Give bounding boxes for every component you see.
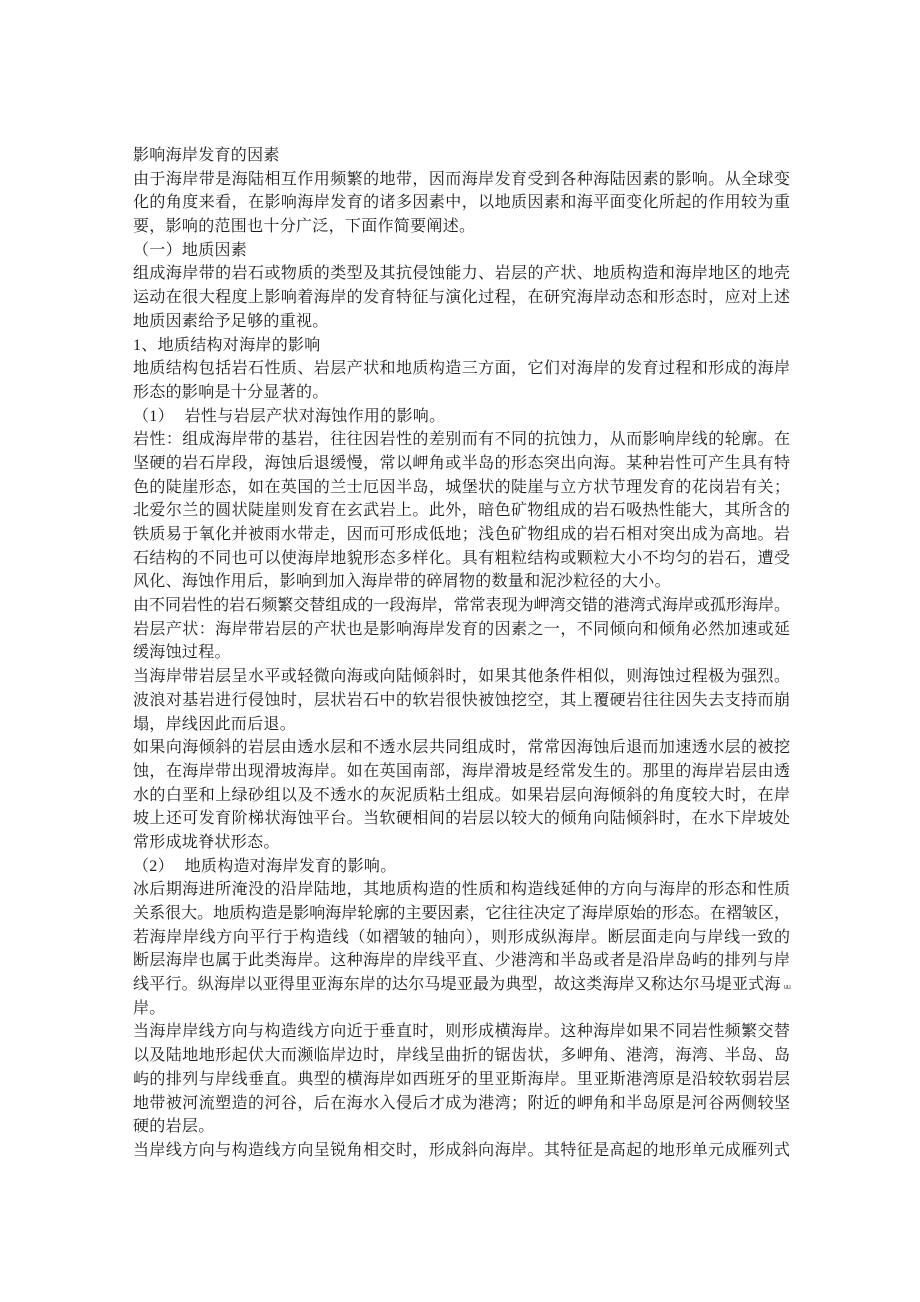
text-line-content: 水的白垩和上绿砂组以及不透水的灰泥质粘土组成。如果岩层向海倾斜的角度较大时，在岸 xyxy=(133,787,790,804)
text-line: 以及陆地地形起伏大而濒临岸边时，岸线呈曲折的锯齿状，多岬角、港湾，海湾、半岛、岛 xyxy=(133,1044,790,1068)
text-line: 岩层产状：海岸带岩层的产状也是影响海岸发育的因素之一，不同倾向和倾角必然加速或延 xyxy=(133,618,790,642)
text-line: 由于海岸带是海陆相互作用频繁的地带，因而海岸发育受到各种海陆因素的影响。从全球变 xyxy=(133,168,790,192)
text-line: （2） 地质构造对海岸发育的影响。 xyxy=(133,855,790,879)
text-line: 坡上还可发育阶梯状海蚀平台。当软硬相间的岩层以较大的倾角向陆倾斜时，在水下岸坡处 xyxy=(133,807,790,831)
text-line-content: 影响海岸发育的因素 xyxy=(133,147,280,164)
comment-anchor-mark: uu xyxy=(784,983,790,991)
text-line-content: 石结构的不同也可以使海岸地貌形态多样化。具有粗粒结构或颗粒大小不均匀的岩石，遭受 xyxy=(133,550,790,567)
text-line-content: 由不同岩性的岩石频繁交替组成的一段海岸，常常表现为岬湾交错的港湾式海岸或孤形海岸… xyxy=(133,597,790,614)
text-line-content: 坡上还可发育阶梯状海蚀平台。当软硬相间的岩层以较大的倾角向陆倾斜时，在水下岸坡处 xyxy=(133,810,790,827)
text-line-content: 地带被河流塑造的河谷，后在海水入侵后才成为港湾；附近的岬角和半岛原是河谷两侧较坚 xyxy=(133,1095,790,1112)
text-line: 坚硬的岩石岸段，海蚀后退缓慢，常以岬角或半岛的形态突出向海。某种岩性可产生具有特 xyxy=(133,452,790,476)
text-line-content: 岩性：组成海岸带的基岩，往往因岩性的差别而有不同的抗蚀力，从而影响岸线的轮廓。在 xyxy=(133,431,790,448)
text-line-content: 化的角度来看，在影响海岸发育的诸多因素中，以地质因素和海平面变化所起的作用较为重 xyxy=(133,194,790,211)
text-line: 水的白垩和上绿砂组以及不透水的灰泥质粘土组成。如果岩层向海倾斜的角度较大时，在岸 xyxy=(133,784,790,808)
text-line: 岸。 xyxy=(133,997,790,1021)
text-line-content: 北爱尔兰的圆状陡崖则发育在玄武岩上。此外，暗色矿物组成的岩石吸热性能大，其所含的 xyxy=(133,502,790,519)
text-line-content: 岩层产状：海岸带岩层的产状也是影响海岸发育的因素之一，不同倾向和倾角必然加速或延 xyxy=(133,621,790,638)
text-line: 线平行。纵海岸以亚得里亚海东岸的达尔马堤亚最为典型，故这类海岸又称达尔马堤亚式海… xyxy=(133,973,790,997)
text-line: 要，影响的范围也十分广泛，下面作简要阐述。 xyxy=(133,215,790,239)
text-line: 由不同岩性的岩石频繁交替组成的一段海岸，常常表现为岬湾交错的港湾式海岸或孤形海岸… xyxy=(133,594,790,618)
text-line-content: 硬的岩层。 xyxy=(133,1118,215,1135)
text-line-content: 地质因素给予足够的重视。 xyxy=(133,313,329,330)
text-line-content: 关系很大。地质构造是影响海岸轮廓的主要因素，它往往决定了海岸原始的形态。在褶皱区… xyxy=(133,905,790,922)
text-line-content: 当海岸岸线方向与构造线方向近于垂直时，则形成横海岸。这种海岸如果不同岩性频繁交替 xyxy=(133,1023,790,1040)
text-line: 影响海岸发育的因素 xyxy=(133,144,790,168)
text-line: 屿的排列与岸线垂直。典型的横海岸如西班牙的里亚斯海岸。里亚斯港湾原是沿较软弱岩层 xyxy=(133,1068,790,1092)
text-line-content: 当海岸带岩层呈水平或轻微向海或向陆倾斜时，如果其他条件相似，则海蚀过程极为强烈。 xyxy=(133,668,790,685)
text-line-content: 以及陆地地形起伏大而濒临岸边时，岸线呈曲折的锯齿状，多岬角、港湾，海湾、半岛、岛 xyxy=(133,1047,790,1064)
text-line-content: 若海岸岸线方向平行于构造线（如褶皱的轴向），则形成纵海岸。断层面走向与岸线一致的 xyxy=(133,929,790,946)
text-line: 蚀，在海岸带出现滑坡海岸。如在英国南部，海岸滑坡是经常发生的。那里的海岸岩层由透 xyxy=(133,760,790,784)
text-line-content: 线平行。纵海岸以亚得里亚海东岸的达尔马堤亚最为典型，故这类海岸又称达尔马堤亚式海 xyxy=(133,976,781,993)
text-line: 化的角度来看，在影响海岸发育的诸多因素中，以地质因素和海平面变化所起的作用较为重 xyxy=(133,191,790,215)
text-line-content: 坚硬的岩石岸段，海蚀后退缓慢，常以岬角或半岛的形态突出向海。某种岩性可产生具有特 xyxy=(133,455,790,472)
text-line: 波浪对基岩进行侵蚀时，层状岩石中的软岩很快被蚀挖空，其上覆硬岩往往因失去支持而崩 xyxy=(133,689,790,713)
text-line: 常形成垅脊状形态。 xyxy=(133,831,790,855)
text-line: 石结构的不同也可以使海岸地貌形态多样化。具有粗粒结构或颗粒大小不均匀的岩石，遭受 xyxy=(133,547,790,571)
text-line: 缓海蚀过程。 xyxy=(133,641,790,665)
text-line-content: 由于海岸带是海陆相互作用频繁的地带，因而海岸发育受到各种海陆因素的影响。从全球变 xyxy=(133,171,790,188)
text-line: 当海岸带岩层呈水平或轻微向海或向陆倾斜时，如果其他条件相似，则海蚀过程极为强烈。 xyxy=(133,665,790,689)
text-line: 北爱尔兰的圆状陡崖则发育在玄武岩上。此外，暗色矿物组成的岩石吸热性能大，其所含的 xyxy=(133,499,790,523)
text-line-content: 形态的影响是十分显著的。 xyxy=(133,384,329,401)
text-line-content: 断层海岸也属于此类海岸。这种海岸的岸线平直、少港湾和半岛或者是沿岸岛屿的排列与岸 xyxy=(133,952,790,969)
text-line: 若海岸岸线方向平行于构造线（如褶皱的轴向），则形成纵海岸。断层面走向与岸线一致的 xyxy=(133,926,790,950)
text-line-content: 色的陡崖形态，如在英国的兰士厄因半岛，城堡状的陡崖与立方状节理发育的花岗岩有关； xyxy=(133,479,790,496)
text-line-content: 组成海岸带的岩石或物质的类型及其抗侵蚀能力、岩层的产状、地质构造和海岸地区的地壳 xyxy=(133,265,790,282)
text-line-content: 运动在很大程度上影响着海岸的发育特征与演化过程，在研究海岸动态和形态时，应对上述 xyxy=(133,289,790,306)
text-line: 当岸线方向与构造线方向呈锐角相交时，形成斜向海岸。其特征是高起的地形单元成雁列式 xyxy=(133,1139,790,1163)
text-line: 风化、海蚀作用后，影响到加入海岸带的碎屑物的数量和泥沙粒径的大小。 xyxy=(133,570,790,594)
text-line: 如果向海倾斜的岩层由透水层和不透水层共同组成时，常常因海蚀后退而加速透水层的被挖 xyxy=(133,736,790,760)
text-line-content: 岸。 xyxy=(133,1000,166,1017)
text-line-content: 如果向海倾斜的岩层由透水层和不透水层共同组成时，常常因海蚀后退而加速透水层的被挖 xyxy=(133,739,790,756)
text-line: 岩性：组成海岸带的基岩，往往因岩性的差别而有不同的抗蚀力，从而影响岸线的轮廓。在 xyxy=(133,428,790,452)
text-line-content: 波浪对基岩进行侵蚀时，层状岩石中的软岩很快被蚀挖空，其上覆硬岩往往因失去支持而崩 xyxy=(133,692,790,709)
document-page: 影响海岸发育的因素由于海岸带是海陆相互作用频繁的地带，因而海岸发育受到各种海陆因… xyxy=(0,0,920,1302)
text-line-content: 当岸线方向与构造线方向呈锐角相交时，形成斜向海岸。其特征是高起的地形单元成雁列式 xyxy=(133,1142,790,1159)
text-line-content: 冰后期海进所淹没的沿岸陆地，其地质构造的性质和构造线延伸的方向与海岸的形态和性质 xyxy=(133,881,790,898)
text-line: 当海岸岸线方向与构造线方向近于垂直时，则形成横海岸。这种海岸如果不同岩性频繁交替 xyxy=(133,1020,790,1044)
text-line: （一）地质因素 xyxy=(133,239,790,263)
text-line-content: 塌，岸线因此而后退。 xyxy=(133,716,296,733)
text-line: （1） 岩性与岩层产状对海蚀作用的影响。 xyxy=(133,405,790,429)
text-line-content: （2） 地质构造对海岸发育的影响。 xyxy=(133,858,397,875)
text-block: 影响海岸发育的因素由于海岸带是海陆相互作用频繁的地带，因而海岸发育受到各种海陆因… xyxy=(133,144,790,1163)
text-line: 塌，岸线因此而后退。 xyxy=(133,713,790,737)
text-line-content: 要，影响的范围也十分广泛，下面作简要阐述。 xyxy=(133,218,475,235)
text-line-content: 常形成垅脊状形态。 xyxy=(133,834,280,851)
text-line-content: 蚀，在海岸带出现滑坡海岸。如在英国南部，海岸滑坡是经常发生的。那里的海岸岩层由透 xyxy=(133,763,790,780)
text-line: 硬的岩层。 xyxy=(133,1115,790,1139)
text-line-content: （1） 岩性与岩层产状对海蚀作用的影响。 xyxy=(133,408,445,425)
text-line: 铁质易于氧化并被雨水带走，因而可形成低地；浅色矿物组成的岩石相对突出成为高地。岩 xyxy=(133,523,790,547)
text-line: 运动在很大程度上影响着海岸的发育特征与演化过程，在研究海岸动态和形态时，应对上述 xyxy=(133,286,790,310)
text-line-content: 铁质易于氧化并被雨水带走，因而可形成低地；浅色矿物组成的岩石相对突出成为高地。岩 xyxy=(133,526,790,543)
text-line: 组成海岸带的岩石或物质的类型及其抗侵蚀能力、岩层的产状、地质构造和海岸地区的地壳 xyxy=(133,262,790,286)
text-line: 地带被河流塑造的河谷，后在海水入侵后才成为港湾；附近的岬角和半岛原是河谷两侧较坚 xyxy=(133,1092,790,1116)
text-line-content: （一）地质因素 xyxy=(133,242,247,259)
text-line-content: 风化、海蚀作用后，影响到加入海岸带的碎屑物的数量和泥沙粒径的大小。 xyxy=(133,573,671,590)
text-line-content: 1、地质结构对海岸的影响 xyxy=(133,337,321,354)
text-line: 形态的影响是十分显著的。 xyxy=(133,381,790,405)
text-line: 1、地质结构对海岸的影响 xyxy=(133,334,790,358)
text-line: 冰后期海进所淹没的沿岸陆地，其地质构造的性质和构造线延伸的方向与海岸的形态和性质 xyxy=(133,878,790,902)
text-line-content: 地质结构包括岩石性质、岩层产状和地质构造三方面，它们对海岸的发育过程和形成的海岸 xyxy=(133,360,790,377)
text-line: 色的陡崖形态，如在英国的兰士厄因半岛，城堡状的陡崖与立方状节理发育的花岗岩有关； xyxy=(133,476,790,500)
text-line: 地质结构包括岩石性质、岩层产状和地质构造三方面，它们对海岸的发育过程和形成的海岸 xyxy=(133,357,790,381)
text-line: 地质因素给予足够的重视。 xyxy=(133,310,790,334)
text-line: 关系很大。地质构造是影响海岸轮廓的主要因素，它往往决定了海岸原始的形态。在褶皱区… xyxy=(133,902,790,926)
text-line: 断层海岸也属于此类海岸。这种海岸的岸线平直、少港湾和半岛或者是沿岸岛屿的排列与岸 xyxy=(133,949,790,973)
text-line-content: 屿的排列与岸线垂直。典型的横海岸如西班牙的里亚斯海岸。里亚斯港湾原是沿较软弱岩层 xyxy=(133,1071,790,1088)
text-line-content: 缓海蚀过程。 xyxy=(133,644,231,661)
